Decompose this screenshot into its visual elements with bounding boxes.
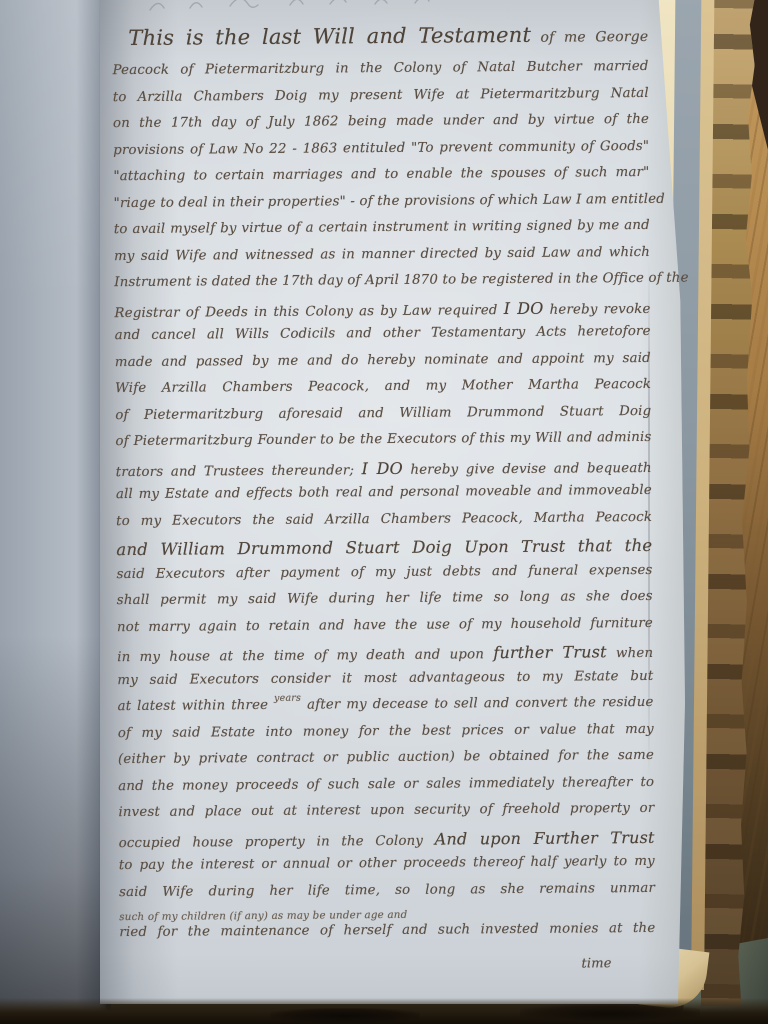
text-segment: of my said Estate into money for the bes…: [118, 721, 654, 740]
text-segment: trators and Trustees thereunder;: [116, 463, 362, 480]
manuscript-line: of Pietermaritzburg Founder to be the Ex…: [115, 430, 651, 461]
text-segment: This is the last Will and Testament: [128, 23, 531, 50]
manuscript-line: in my house at the time of my death and …: [117, 642, 653, 673]
manuscript-line: and the money proceeds of such sale or s…: [118, 774, 654, 805]
manuscript-line: Instrument is dated the 17th day of Apri…: [114, 271, 650, 302]
text-segment: Instrument is dated the 17th day of Apri…: [114, 271, 688, 291]
manuscript-line: and cancel all Wills Codicils and other …: [115, 324, 651, 355]
manuscript-line: shall permit my said Wife during her lif…: [117, 589, 653, 620]
manuscript-line: invest and place out at interest upon se…: [118, 801, 654, 832]
handwritten-text: This is the last Will and Testament of m…: [112, 22, 655, 982]
text-segment: I DO: [362, 458, 403, 477]
text-segment: my said Executors consider it most advan…: [117, 668, 653, 687]
text-segment: when: [607, 646, 654, 661]
text-segment: Upon Trust: [464, 537, 565, 557]
text-segment: all my Estate and effects both real and …: [116, 483, 652, 502]
text-segment: And upon Further Trust: [435, 827, 655, 848]
cropped-header-flourish: [120, 0, 500, 18]
manuscript-line: my said Wife and witnessed as in manner …: [114, 244, 650, 275]
text-segment: "riage to deal in their properties" - of…: [114, 191, 665, 210]
text-segment: in my house at the time of my death and …: [117, 647, 493, 665]
text-segment: after my decease to sell and convert the…: [301, 695, 654, 713]
text-segment: ried for the maintenance of herself and …: [119, 921, 655, 940]
manuscript-line: provisions of Law No 22 - 1863 entituled…: [113, 138, 649, 169]
text-segment: invest and place out at interest upon se…: [118, 801, 654, 820]
text-segment: said Executors after payment of my just …: [116, 562, 652, 581]
text-segment: I DO: [504, 298, 544, 317]
manuscript-line: This is the last Will and Testament of m…: [112, 22, 648, 63]
text-segment: to my Executors the said Arzilla Chamber…: [116, 509, 652, 528]
manuscript-line: on the 17th day of July 1862 being made …: [113, 112, 649, 143]
text-segment: Registrar of Deeds in this Colony as by …: [114, 303, 503, 321]
text-segment: and the money proceeds of such sale or s…: [118, 774, 654, 793]
manuscript-line: at latest within three years after my de…: [118, 695, 654, 726]
text-segment: on the 17th day of July 1862 being made …: [113, 112, 649, 131]
text-segment: to Arzilla Chambers Doig my present Wife…: [113, 85, 649, 104]
text-segment: made and passed by me and do hereby nomi…: [115, 350, 651, 369]
text-segment: occupied house property in the Colony: [119, 833, 435, 850]
text-segment: hereby revoke: [543, 301, 650, 317]
text-segment: hereby give devise and bequeath: [403, 460, 652, 477]
text-segment: Wife Arzilla Chambers Peacock, and my Mo…: [115, 377, 651, 396]
inserted-word: years: [274, 693, 301, 704]
facing-page: [0, 0, 112, 1024]
shadow-blob: [270, 1008, 420, 1024]
manuscript-line: to pay the interest or annual or other p…: [119, 854, 655, 885]
manuscript-line: ried for the maintenance of herself and …: [119, 921, 655, 952]
manuscript-line: made and passed by me and do hereby nomi…: [115, 350, 651, 381]
text-segment: shall permit my said Wife during her lif…: [117, 589, 653, 608]
manuscript-line: trators and Trustees thereunder; I DO he…: [116, 456, 652, 487]
manuscript-line: occupied house property in the Colony An…: [119, 827, 655, 858]
text-segment: not marry again to retain and have the u…: [117, 615, 653, 634]
manuscript-line: to avail myself by virtue of a certain i…: [114, 218, 650, 249]
manuscript-line: Wife Arzilla Chambers Peacock, and my Mo…: [115, 377, 651, 408]
manuscript-line: said Wife during her life time, so long …: [119, 880, 655, 911]
manuscript-line: Peacock of Pietermaritzburg in the Colon…: [113, 59, 649, 90]
manuscript-line: my said Executors consider it most advan…: [117, 668, 653, 699]
text-segment: of me George: [531, 29, 648, 46]
shadow-blob: [520, 1004, 700, 1024]
manuscript-line: and William Drummond Stuart Doig Upon Tr…: [116, 536, 652, 567]
manuscript-line: to my Executors the said Arzilla Chamber…: [116, 509, 652, 540]
text-segment: at latest within three: [118, 698, 275, 714]
text-segment: "attaching to certain marriages and to e…: [113, 165, 649, 184]
manuscript-line: not marry again to retain and have the u…: [117, 615, 653, 646]
catchword: time: [120, 956, 656, 982]
manuscript-line: "riage to deal in their properties" - of…: [114, 191, 650, 222]
photographed-manuscript-page: This is the last Will and Testament of m…: [0, 0, 768, 1024]
manuscript-line: of Pietermaritzburg aforesaid and Willia…: [115, 403, 651, 434]
text-segment: such of my children (if any) as may be u…: [119, 909, 407, 923]
text-segment: to avail myself by virtue of a certain i…: [114, 218, 650, 237]
text-segment: (either by private contract or public au…: [118, 748, 654, 767]
text-segment: and cancel all Wills Codicils and other …: [115, 324, 651, 343]
text-segment: that the: [565, 536, 652, 556]
manuscript-lines: This is the last Will and Testament of m…: [112, 22, 655, 952]
text-segment: of Pietermaritzburg Founder to be the Ex…: [115, 430, 651, 449]
text-segment: said Wife during her life time, so long …: [119, 880, 655, 899]
text-segment: provisions of Law No 22 - 1863 entituled…: [113, 138, 649, 157]
manuscript-line: said Executors after payment of my just …: [116, 562, 652, 593]
text-segment: my said Wife and witnessed as in manner …: [114, 244, 650, 263]
text-segment: further Trust: [493, 642, 607, 662]
text-segment: of Pietermaritzburg aforesaid and Willia…: [115, 403, 651, 422]
manuscript-line: all my Estate and effects both real and …: [116, 483, 652, 514]
text-segment: to pay the interest or annual or other p…: [119, 854, 655, 873]
text-segment: Peacock of Pietermaritzburg in the Colon…: [113, 59, 649, 78]
manuscript-line: of my said Estate into money for the bes…: [118, 721, 654, 752]
manuscript-line: (either by private contract or public au…: [118, 748, 654, 779]
facing-page-shading: [0, 0, 112, 1024]
text-segment: and William Drummond Stuart Doig: [116, 537, 464, 559]
manuscript-line: to Arzilla Chambers Doig my present Wife…: [113, 85, 649, 116]
manuscript-line: Registrar of Deeds in this Colony as by …: [114, 297, 650, 328]
manuscript-line: "attaching to certain marriages and to e…: [113, 165, 649, 196]
